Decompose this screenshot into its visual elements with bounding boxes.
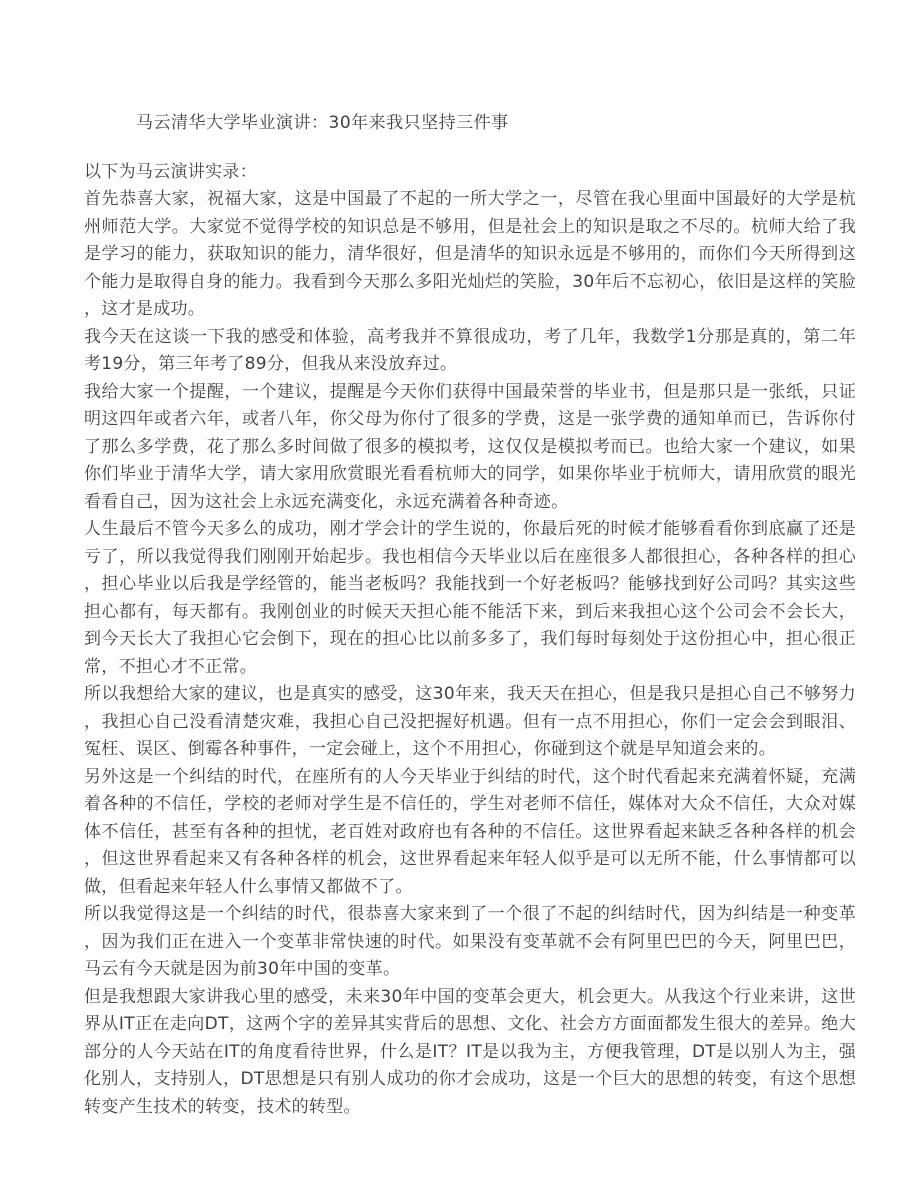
transcript-paragraph: 另外这是一个纠结的时代，在座所有的人今天毕业于纠结的时代，这个时代看起来充满着怀… [84,764,856,902]
transcript-paragraph: 所以我觉得这是一个纠结的时代，很恭喜大家来到了一个很了不起的纠结时代，因为纠结是… [84,901,856,984]
transcript-intro-line: 以下为马云演讲实录： [84,159,856,187]
speech-transcript: 以下为马云演讲实录： 首先恭喜大家，祝福大家，这是中国最了不起的一所大学之一，尽… [84,159,856,1122]
transcript-paragraph: 所以我想给大家的建议，也是真实的感受，这30年来，我天天在担心，但是我只是担心自… [84,681,856,764]
transcript-paragraph: 但是我想跟大家讲我心里的感受，未来30年中国的变革会更大，机会更大。从我这个行业… [84,984,856,1122]
document-page: 马云清华大学毕业演讲：30年来我只坚持三件事 以下为马云演讲实录： 首先恭喜大家… [0,0,920,1201]
transcript-paragraph: 首先恭喜大家，祝福大家，这是中国最了不起的一所大学之一，尽管在我心里面中国最好的… [84,186,856,324]
document-title: 马云清华大学毕业演讲：30年来我只坚持三件事 [84,110,856,138]
transcript-paragraph: 我给大家一个提醒，一个建议，提醒是今天你们获得中国最荣誉的毕业书，但是那只是一张… [84,379,856,517]
transcript-paragraph: 我今天在这谈一下我的感受和体验，高考我并不算很成功，考了几年，我数学1分那是真的… [84,324,856,379]
transcript-paragraph: 人生最后不管今天多么的成功，刚才学会计的学生说的，你最后死的时候才能够看看你到底… [84,516,856,681]
